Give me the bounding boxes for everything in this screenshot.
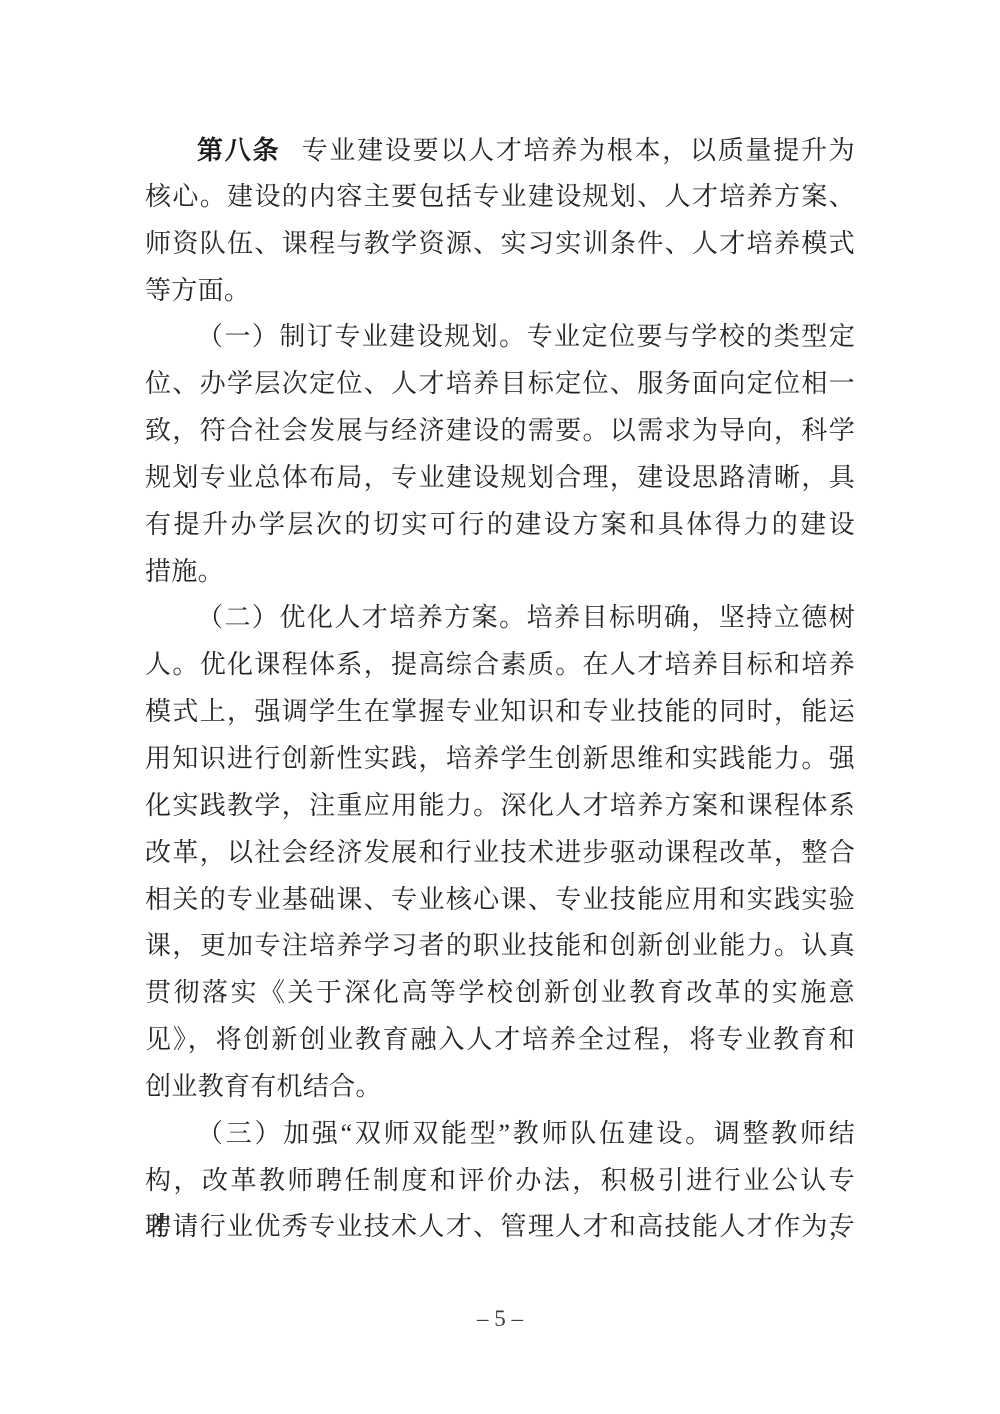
text-line: 改革，以社会经济发展和行业技术进步驱动课程改革，整合: [145, 830, 855, 877]
text-line: 构，改革教师聘任制度和评价办法，积极引进行业公认专才，: [145, 1158, 855, 1205]
article-number: 第八条: [197, 135, 280, 165]
text-line: （二）优化人才培养方案。培养目标明确，坚持立德树: [145, 595, 855, 642]
text-line: 第八条专业建设要以人才培养为根本，以质量提升为: [145, 127, 855, 174]
document-body: 第八条专业建设要以人才培养为根本，以质量提升为 核心。建设的内容主要包括专业建设…: [145, 127, 855, 1251]
page-number: – 5 –: [477, 1306, 523, 1331]
text-line: 有提升办学层次的切实可行的建设方案和具体得力的建设: [145, 502, 855, 549]
text-line: 措施。: [145, 549, 855, 596]
text-line: 相关的专业基础课、专业核心课、专业技能应用和实践实验: [145, 877, 855, 924]
text-line: 核心。建设的内容主要包括专业建设规划、人才培养方案、: [145, 174, 855, 221]
document-page: 第八条专业建设要以人才培养为根本，以质量提升为 核心。建设的内容主要包括专业建设…: [0, 0, 1000, 1414]
text-line: （三）加强“双师双能型”教师队伍建设。调整教师结: [145, 1111, 855, 1158]
text-line: 等方面。: [145, 268, 855, 315]
text-line: （一）制订专业建设规划。专业定位要与学校的类型定: [145, 314, 855, 361]
text-line: 模式上，强调学生在掌握专业知识和专业技能的同时，能运: [145, 689, 855, 736]
text-line: 化实践教学，注重应用能力。深化人才培养方案和课程体系: [145, 783, 855, 830]
text-line: 人。优化课程体系，提高综合素质。在人才培养目标和培养: [145, 642, 855, 689]
text-line: 致，符合社会发展与经济建设的需要。以需求为导向，科学: [145, 408, 855, 455]
text-line: 规划专业总体布局，专业建设规划合理，建设思路清晰，具: [145, 455, 855, 502]
text-line: 师资队伍、课程与教学资源、实习实训条件、人才培养模式: [145, 221, 855, 268]
text-line: 聘请行业优秀专业技术人才、管理人才和高技能人才作为专: [145, 1204, 855, 1251]
text-line: 课，更加专注培养学习者的职业技能和创新创业能力。认真: [145, 923, 855, 970]
text-line: 位、办学层次定位、人才培养目标定位、服务面向定位相一: [145, 361, 855, 408]
page-footer: – 5 –: [0, 1306, 1000, 1332]
text-line: 贯彻落实《关于深化高等学校创新创业教育改革的实施意: [145, 970, 855, 1017]
line-text: 专业建设要以人才培养为根本，以质量提升为: [300, 136, 855, 165]
text-line: 见》，将创新创业教育融入人才培养全过程，将专业教育和: [145, 1017, 855, 1064]
text-line: 用知识进行创新性实践，培养学生创新思维和实践能力。强: [145, 736, 855, 783]
text-line: 创业教育有机结合。: [145, 1064, 855, 1111]
